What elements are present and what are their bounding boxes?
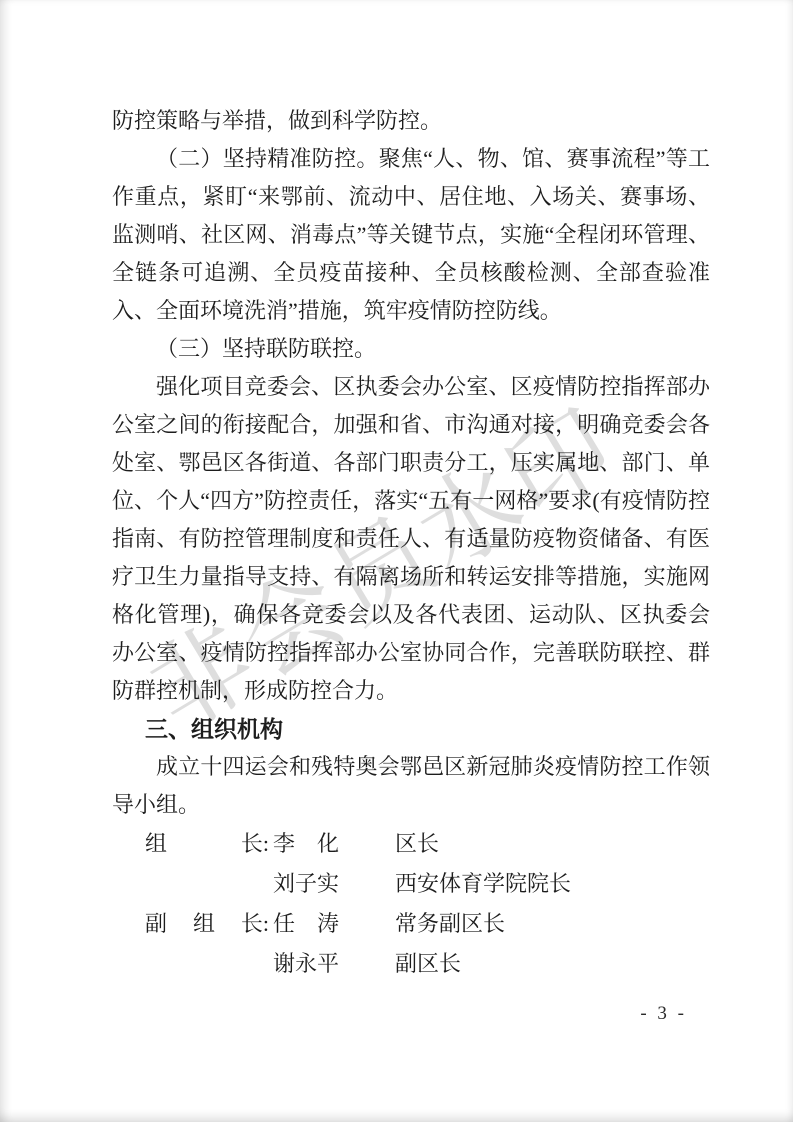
roster-person-title: 常务副区长 bbox=[395, 904, 505, 944]
role-char: 长: bbox=[241, 824, 269, 864]
roster-person-name: 谢永平 bbox=[273, 944, 365, 984]
paragraph-joint-prevention: 强化项目竞委会、区执委会办公室、区疫情防控指挥部办公室之间的衔接配合，加强和省、… bbox=[112, 368, 710, 710]
document-body: 防控策略与举措，做到科学防控。 （二）坚持精准防控。聚焦“人、物、馆、赛事流程”… bbox=[112, 102, 710, 984]
roster-row-deputy-leader: 副 组 长: 任 涛 常务副区长 bbox=[145, 904, 710, 944]
roster-row-leader: 组 长: 李 化 区长 bbox=[145, 824, 710, 864]
roster-person-name: 任 涛 bbox=[273, 904, 365, 944]
roster-person-name: 刘子实 bbox=[273, 864, 365, 904]
roster-person-title: 区长 bbox=[395, 824, 439, 864]
paragraph-item-2: （二）坚持精准防控。聚焦“人、物、馆、赛事流程”等工作重点，紧盯“来鄂前、流动中… bbox=[112, 140, 710, 330]
page-number: - 3 - bbox=[640, 1003, 687, 1025]
role-char: 副 bbox=[145, 904, 167, 944]
roster-row-leader-2: 刘子实 西安体育学院院长 bbox=[145, 864, 710, 904]
role-char: 组 bbox=[145, 824, 167, 864]
roster-role-label: 组 长: bbox=[145, 824, 269, 864]
roster-person-name: 李 化 bbox=[273, 824, 365, 864]
roster-person-title: 副区长 bbox=[395, 944, 461, 984]
role-char: 长: bbox=[241, 904, 269, 944]
paragraph-item-3: （三）坚持联防联控。 bbox=[112, 330, 710, 368]
paragraph-continuation: 防控策略与举措，做到科学防控。 bbox=[112, 102, 710, 140]
role-char: 组 bbox=[193, 904, 215, 944]
document-page: 非会员水印 防控策略与举措，做到科学防控。 （二）坚持精准防控。聚焦“人、物、馆… bbox=[0, 0, 793, 1122]
roster-row-deputy-leader-2: 谢永平 副区长 bbox=[145, 944, 710, 984]
section-heading-organization: 三、组织机构 bbox=[112, 710, 710, 748]
leadership-roster: 组 长: 李 化 区长 刘子实 西安体育学院院长 副 组 长: bbox=[145, 824, 710, 984]
paragraph-leading-group: 成立十四运会和残特奥会鄂邑区新冠肺炎疫情防控工作领导小组。 bbox=[112, 748, 710, 824]
roster-person-title: 西安体育学院院长 bbox=[395, 864, 571, 904]
roster-role-label: 副 组 长: bbox=[145, 904, 269, 944]
